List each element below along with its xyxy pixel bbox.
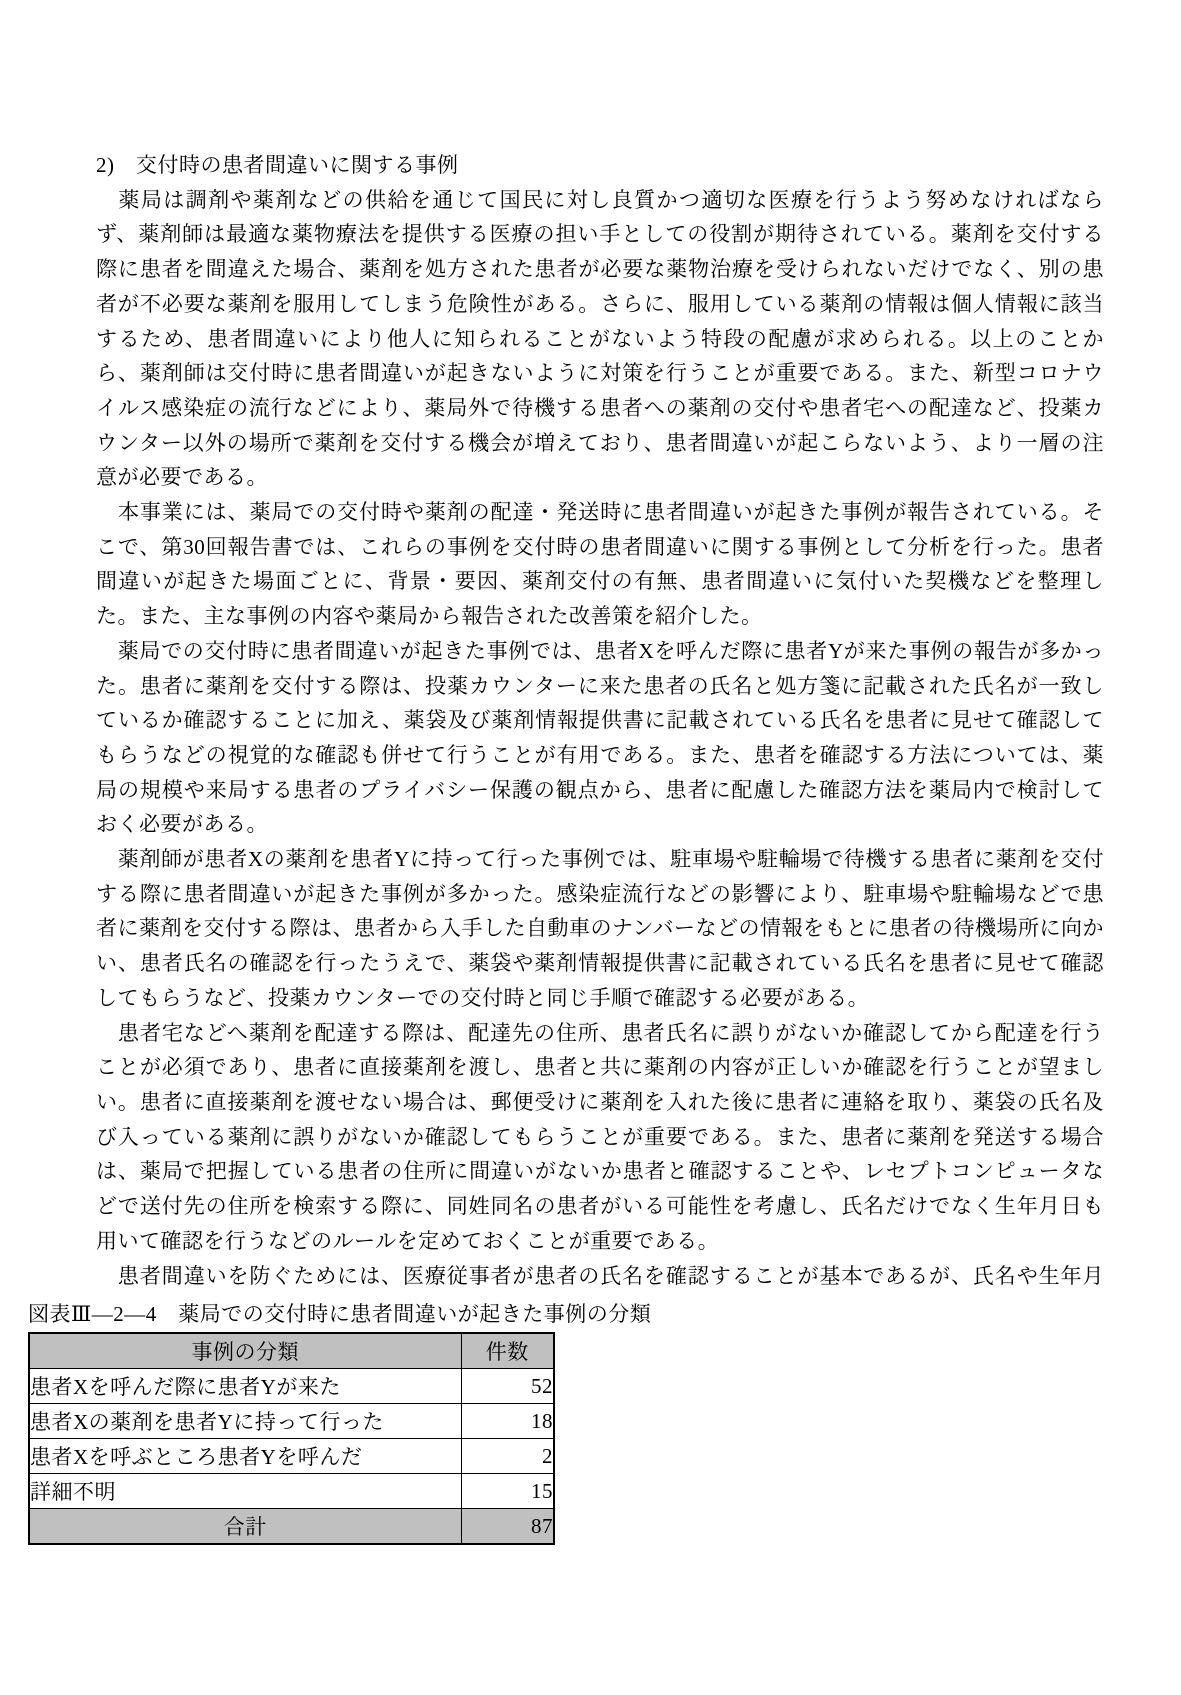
case-label: 患者Xの薬剤を患者Yに持って行った (29, 1404, 461, 1439)
case-count: 15 (461, 1474, 554, 1509)
case-label: 患者Xを呼んだ際に患者Yが来た (29, 1369, 461, 1404)
body-paragraph-2: 本事業には、薬局での交付時や薬剤の配達・発送時に患者間違いが起きた事例が報告され… (96, 495, 1104, 634)
table-row: 患者Xの薬剤を患者Yに持って行った 18 (29, 1404, 554, 1439)
case-count: 2 (461, 1439, 554, 1474)
body-paragraph-5: 患者宅などへ薬剤を配達する際は、配達先の住所、患者氏名に誤りがないか確認してから… (96, 1016, 1104, 1259)
body-paragraph-3: 薬局での交付時に患者間違いが起きた事例では、患者Xを呼んだ際に患者Yが来た事例の… (96, 634, 1104, 842)
table-row: 詳細不明 15 (29, 1474, 554, 1509)
section-body: 2) 交付時の患者間違いに関する事例 薬局は調剤や薬剤などの供給を通じて国民に対… (96, 148, 1104, 1298)
total-count: 87 (461, 1509, 554, 1545)
table-header-count: 件数 (461, 1333, 554, 1369)
case-classification-table: 事例の分類 件数 患者Xを呼んだ際に患者Yが来た 52 患者Xの薬剤を患者Yに持… (28, 1332, 555, 1545)
total-label: 合計 (29, 1509, 461, 1545)
case-count: 52 (461, 1369, 554, 1404)
body-paragraph-6: 患者間違いを防ぐためには、医療従事者が患者の氏名を確認することが基本であるが、氏… (96, 1259, 1104, 1299)
table-row: 患者Xを呼ぶところ患者Yを呼んだ 2 (29, 1439, 554, 1474)
body-paragraph-1: 薬局は調剤や薬剤などの供給を通じて国民に対し良質かつ適切な医療を行うよう努めなけ… (96, 183, 1104, 495)
section-heading: 2) 交付時の患者間違いに関する事例 (96, 148, 1104, 183)
document-page: 2) 交付時の患者間違いに関する事例 薬局は調剤や薬剤などの供給を通じて国民に対… (0, 0, 1181, 1695)
table-total-row: 合計 87 (29, 1509, 554, 1545)
case-count: 18 (461, 1404, 554, 1439)
table-row: 患者Xを呼んだ際に患者Yが来た 52 (29, 1369, 554, 1404)
table-header-classification: 事例の分類 (29, 1333, 461, 1369)
table-header-row: 事例の分類 件数 (29, 1333, 554, 1369)
figure-caption: 図表Ⅲ―2―4 薬局での交付時に患者間違いが起きた事例の分類 (28, 1297, 651, 1332)
case-label: 患者Xを呼ぶところ患者Yを呼んだ (29, 1439, 461, 1474)
body-paragraph-4: 薬剤師が患者Xの薬剤を患者Yに持って行った事例では、駐車場や駐輪場で待機する患者… (96, 842, 1104, 1016)
case-label: 詳細不明 (29, 1474, 461, 1509)
